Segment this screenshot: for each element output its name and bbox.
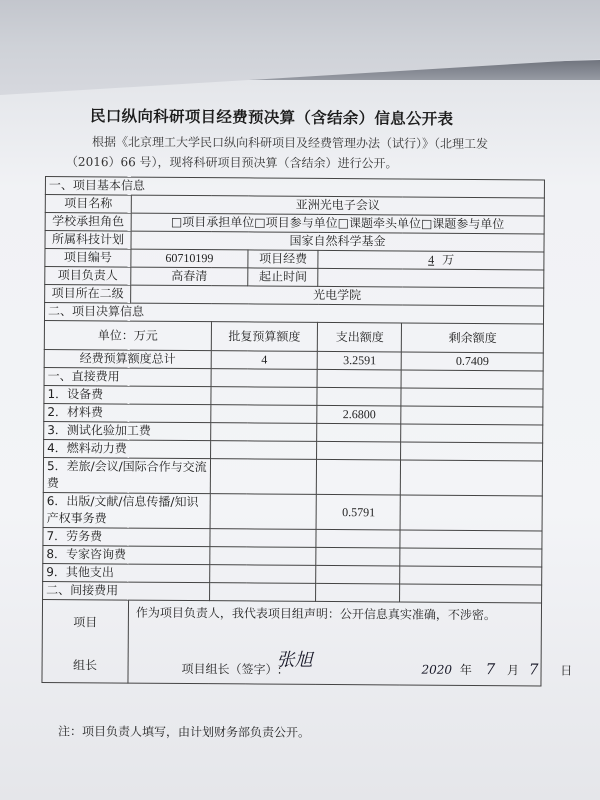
- remaining-value: [400, 584, 542, 603]
- remaining-value: [401, 495, 543, 531]
- declaration-row: 项目 组长 作为项目负责人，我代表项目组声明：公开信息真实准确，不涉密。 项目组…: [42, 599, 542, 685]
- remaining-value: [400, 566, 542, 585]
- row-label: 一、直接费用: [44, 367, 211, 386]
- month-unit: 月: [507, 663, 519, 677]
- row-label: 6．出版/文献/信息传播/知识产权事务费: [43, 492, 210, 528]
- period-label: 起止时间: [248, 268, 319, 286]
- approved-value: [211, 405, 318, 424]
- spent-value: [316, 529, 400, 548]
- spent-value: 0.5791: [316, 494, 400, 530]
- funding-value: 4: [408, 253, 442, 267]
- project-no-label: 项目编号: [45, 249, 131, 268]
- col-remaining: 剩余额度: [402, 323, 544, 353]
- school-role-label: 学校承担角色: [45, 213, 131, 232]
- side-label-2: 组长: [73, 657, 97, 674]
- remaining-value: [401, 406, 543, 425]
- plan-label: 所属科技计划: [45, 231, 131, 250]
- declaration-side-label: 项目 组长: [42, 599, 128, 683]
- row-label: 3．测试化验加工费: [44, 421, 211, 440]
- row-label: 二、间接费用: [43, 581, 210, 600]
- leader-value: 高春清: [131, 267, 248, 286]
- date-day: 7: [529, 660, 539, 678]
- spent-value: 2.6800: [317, 405, 401, 424]
- remaining-value: [401, 442, 543, 461]
- row-label: 9．其他支出: [43, 563, 210, 582]
- remaining-value: [401, 460, 543, 496]
- signature-label: 项目组长（签字）:: [181, 661, 281, 679]
- budget-row-travel: 5．差旅/会议/国际合作与交流费: [43, 457, 542, 495]
- approved-value: [210, 494, 317, 530]
- funding-label: 项目经费: [248, 250, 319, 268]
- school-role-options: □项目承担单位□项目参与单位□课题牵头单位□课题参与单位: [131, 213, 544, 234]
- remaining-value: [400, 548, 542, 567]
- row-label: 7．劳务费: [43, 527, 210, 546]
- spent-value: [317, 459, 401, 495]
- remaining-value: [401, 370, 543, 389]
- intro-line-1: 根据《北京理工大学民口纵向科研项目及经费管理办法（试行）》（北理工发: [66, 132, 536, 154]
- intro-text: 根据《北京理工大学民口纵向科研项目及经费管理办法（试行）》（北理工发 （2016…: [66, 132, 536, 174]
- spent-value: [317, 423, 401, 442]
- approved-value: 4: [211, 351, 318, 370]
- row-label: 1．设备费: [44, 385, 211, 404]
- col-unit: 单位：万元: [44, 320, 211, 350]
- approved-value: [210, 547, 317, 566]
- year-unit: 年: [460, 663, 472, 677]
- approved-value: [211, 387, 318, 406]
- row-label: 5．差旅/会议/国际合作与交流费: [43, 457, 210, 493]
- row-label: 2．材料费: [44, 403, 211, 422]
- declaration-content: 作为项目负责人，我代表项目组声明：公开信息真实准确，不涉密。 项目组长（签字）:…: [128, 600, 542, 686]
- handwritten-signature: 张旭: [276, 652, 312, 669]
- approved-value: [210, 441, 317, 460]
- row-label: 8．专家咨询费: [43, 545, 210, 564]
- side-label-1: 项目: [73, 614, 97, 631]
- spent-value: [317, 369, 401, 388]
- date-month: 7: [486, 660, 496, 678]
- row-label: 经费预算额度总计: [44, 349, 211, 368]
- spent-value: [316, 583, 400, 602]
- approved-value: [209, 565, 316, 584]
- dept-label: 项目所在二级: [45, 285, 131, 304]
- remaining-value: [401, 388, 543, 407]
- remaining-value: 0.7409: [402, 352, 544, 371]
- signature-date: 2020 年 7 月 7 日: [421, 661, 572, 680]
- remaining-value: [400, 530, 542, 549]
- period-value: [318, 268, 544, 288]
- funding-unit: 万: [442, 253, 454, 267]
- approved-value: [211, 369, 318, 388]
- spent-value: [317, 441, 401, 460]
- remaining-value: [401, 424, 543, 443]
- project-no-value: 60710199: [131, 249, 248, 268]
- project-name-label: 项目名称: [45, 195, 131, 214]
- column-header-row: 单位：万元 批复预算额度 支出额度 剩余额度: [44, 320, 543, 352]
- approved-value: [210, 459, 317, 495]
- row-label: 4．燃料动力费: [44, 439, 211, 458]
- disclosure-table: 一、项目基本信息 项目名称 亚洲光电子会议 学校承担角色 □项目承担单位□项目参…: [41, 176, 545, 686]
- spent-value: 3.2591: [318, 351, 402, 370]
- approved-value: [210, 529, 317, 548]
- spent-value: [317, 387, 401, 406]
- declaration-statement: 作为项目负责人，我代表项目组声明：公开信息真实准确，不涉密。: [136, 605, 496, 625]
- approved-value: [209, 583, 316, 602]
- funding-cell: 4万: [318, 250, 544, 270]
- day-unit: 日: [560, 664, 572, 678]
- approved-value: [210, 423, 317, 442]
- col-spent: 支出额度: [318, 322, 402, 352]
- intro-line-2: （2016）66 号），现将科研项目预决算（含结余）进行公开。: [66, 152, 536, 174]
- document-title: 民口纵向科研项目经费预决算（含结余）信息公开表: [90, 104, 530, 130]
- leader-label: 项目负责人: [45, 267, 131, 286]
- budget-row-publication: 6．出版/文献/信息传播/知识产权事务费 0.5791: [43, 492, 542, 530]
- spent-value: [316, 547, 400, 566]
- col-approved: 批复预算额度: [211, 322, 318, 352]
- date-year: 2020: [421, 663, 452, 677]
- footnote: 注：项目负责人填写，由计划财务部负责公开。: [58, 722, 310, 740]
- spent-value: [316, 565, 400, 584]
